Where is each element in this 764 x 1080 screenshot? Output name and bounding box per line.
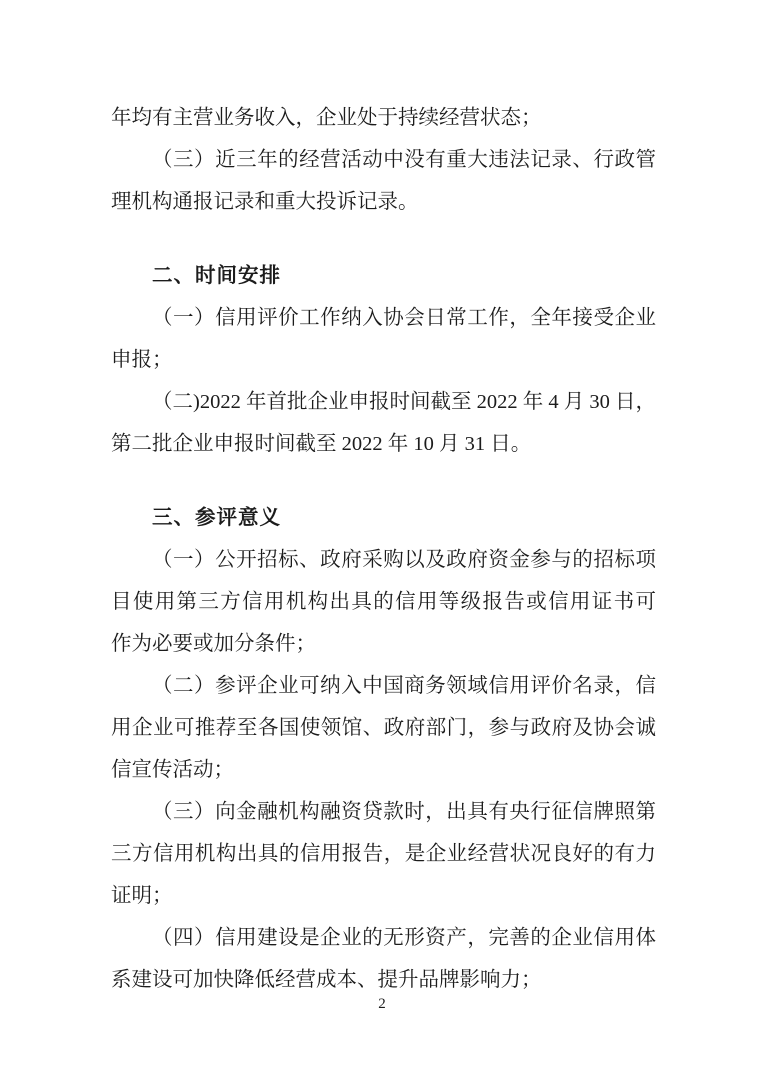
paragraph-line: 申报；	[111, 339, 656, 381]
paragraph-line: （四）信用建设是企业的无形资产，完善的企业信用体	[111, 917, 656, 959]
paragraph-line: 年均有主营业务收入，企业处于持续经营状态；	[111, 97, 656, 139]
section-heading: 二、时间安排	[111, 255, 656, 297]
paragraph-line: 三方信用机构出具的信用报告，是企业经营状况良好的有力	[111, 833, 656, 875]
paragraph-line: （三）向金融机构融资贷款时，出具有央行征信牌照第	[111, 791, 656, 833]
paragraph-line: （三）近三年的经营活动中没有重大违法记录、行政管	[111, 139, 656, 181]
paragraph-line: （二）参评企业可纳入中国商务领域信用评价名录，信	[111, 665, 656, 707]
document-page: 年均有主营业务收入，企业处于持续经营状态；（三）近三年的经营活动中没有重大违法记…	[0, 0, 764, 1080]
paragraph-line: 理机构通报记录和重大投诉记录。	[111, 181, 656, 223]
paragraph-line: 信宣传活动；	[111, 749, 656, 791]
paragraph-line: （二)2022 年首批企业申报时间截至 2022 年 4 月 30 日，	[111, 381, 656, 423]
paragraph-line: 作为必要或加分条件；	[111, 623, 656, 665]
paragraph-line: 用企业可推荐至各国使领馆、政府部门，参与政府及协会诚	[111, 707, 656, 749]
paragraph-line: 目使用第三方信用机构出具的信用等级报告或信用证书可	[111, 581, 656, 623]
paragraph-line: （一）信用评价工作纳入协会日常工作，全年接受企业	[111, 297, 656, 339]
section-heading: 三、参评意义	[111, 497, 656, 539]
document-body: 年均有主营业务收入，企业处于持续经营状态；（三）近三年的经营活动中没有重大违法记…	[111, 97, 656, 1001]
paragraph-line: （一）公开招标、政府采购以及政府资金参与的招标项	[111, 539, 656, 581]
page-number: 2	[0, 995, 764, 1013]
paragraph-line: 第二批企业申报时间截至 2022 年 10 月 31 日。	[111, 423, 656, 465]
paragraph-line: 证明；	[111, 875, 656, 917]
